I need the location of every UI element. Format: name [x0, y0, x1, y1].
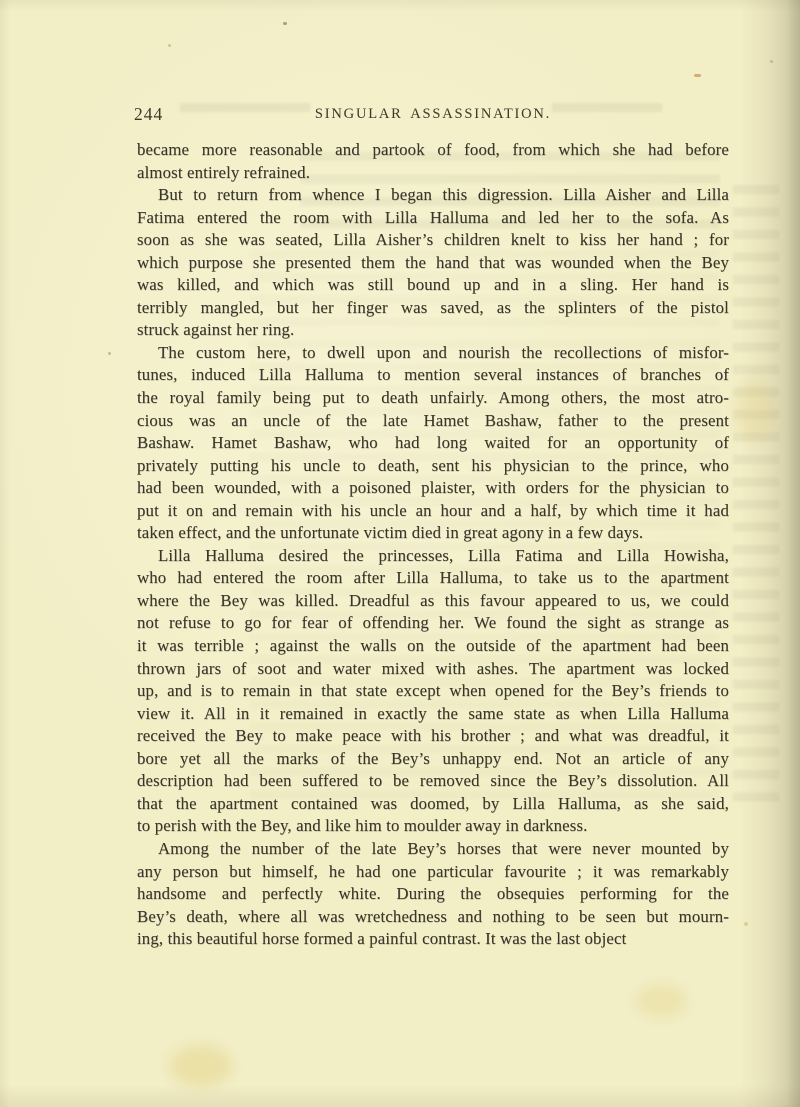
text-line: cious was an uncle of the late Hamet Bas…	[137, 410, 729, 433]
paragraph: But to return from whence I began this d…	[137, 184, 729, 342]
text-line: tunes, induced Lilla Halluma to mention …	[137, 364, 729, 387]
text-line: put it on and remain with his uncle an h…	[137, 500, 729, 523]
text-line: almost entirely refrained.	[137, 162, 729, 185]
book-page: 244 SINGULAR ASSASSINATION. became more …	[0, 0, 800, 1107]
text-line: the royal family being put to death unfa…	[137, 387, 729, 410]
paper-stain	[636, 985, 686, 1017]
foxing-speck	[694, 74, 701, 77]
text-line: But to return from whence I began this d…	[137, 184, 729, 207]
running-title: SINGULAR ASSASSINATION.	[137, 106, 729, 123]
text-line: was killed, and which was still bound up…	[137, 274, 729, 297]
foxing-speck	[744, 922, 748, 926]
text-line: to perish with the Bey, and like him to …	[137, 815, 729, 838]
text-line: it was terrible ; against the walls on t…	[137, 635, 729, 658]
foxing-speck	[770, 60, 773, 63]
text-line: not refuse to go for fear of offending h…	[137, 612, 729, 635]
text-line: Lilla Halluma desired the princesses, Li…	[137, 545, 729, 568]
text-line: who had entered the room after Lilla Hal…	[137, 567, 729, 590]
foxing-speck	[168, 44, 171, 47]
text-line: terribly mangled, but her finger was sav…	[137, 297, 729, 320]
foxing-speck	[283, 22, 287, 25]
text-line: handsome and perfectly white. During the…	[137, 883, 729, 906]
page-header: 244 SINGULAR ASSASSINATION.	[137, 104, 729, 126]
text-line: Bashaw. Hamet Bashaw, who had long waite…	[137, 432, 729, 455]
text-line: received the Bey to make peace with his …	[137, 725, 729, 748]
paragraph: became more reasonable and partook of fo…	[137, 139, 729, 184]
text-line: had been wounded, with a poisoned plaist…	[137, 477, 729, 500]
paragraph: Lilla Halluma desired the princesses, Li…	[137, 545, 729, 838]
text-line: soon as she was seated, Lilla Aisher’s c…	[137, 229, 729, 252]
text-line: thrown jars of soot and water mixed with…	[137, 658, 729, 681]
paragraph: Among the number of the late Bey’s horse…	[137, 838, 729, 951]
text-line: that the apartment contained was doomed,…	[137, 793, 729, 816]
text-line: taken effect, and the unfortunate victim…	[137, 522, 729, 545]
text-line: Bey’s death, where all was wretchedness …	[137, 906, 729, 929]
text-line: privately putting his uncle to death, se…	[137, 455, 729, 478]
showthrough-right-margin	[733, 185, 779, 805]
text-line: which purpose she presented them the han…	[137, 252, 729, 275]
text-line: The custom here, to dwell upon and nouri…	[137, 342, 729, 365]
paragraph: The custom here, to dwell upon and nouri…	[137, 342, 729, 545]
paper-stain	[735, 380, 775, 440]
text-line: description had been suffered to be remo…	[137, 770, 729, 793]
paper-stain	[170, 1045, 232, 1087]
text-line: view it. All in it remained in exactly t…	[137, 703, 729, 726]
text-line: became more reasonable and partook of fo…	[137, 139, 729, 162]
text-block: became more reasonable and partook of fo…	[137, 139, 729, 951]
text-line: Among the number of the late Bey’s horse…	[137, 838, 729, 861]
text-line: where the Bey was killed. Dreadful as th…	[137, 590, 729, 613]
text-line: up, and is to remain in that state excep…	[137, 680, 729, 703]
text-line: any person but himself, he had one parti…	[137, 861, 729, 884]
text-line: bore yet all the marks of the Bey’s unha…	[137, 748, 729, 771]
text-line: ing, this beautiful horse formed a painf…	[137, 928, 729, 951]
text-line: struck against her ring.	[137, 319, 729, 342]
text-line: Fatima entered the room with Lilla Hallu…	[137, 207, 729, 230]
foxing-speck	[108, 352, 111, 355]
